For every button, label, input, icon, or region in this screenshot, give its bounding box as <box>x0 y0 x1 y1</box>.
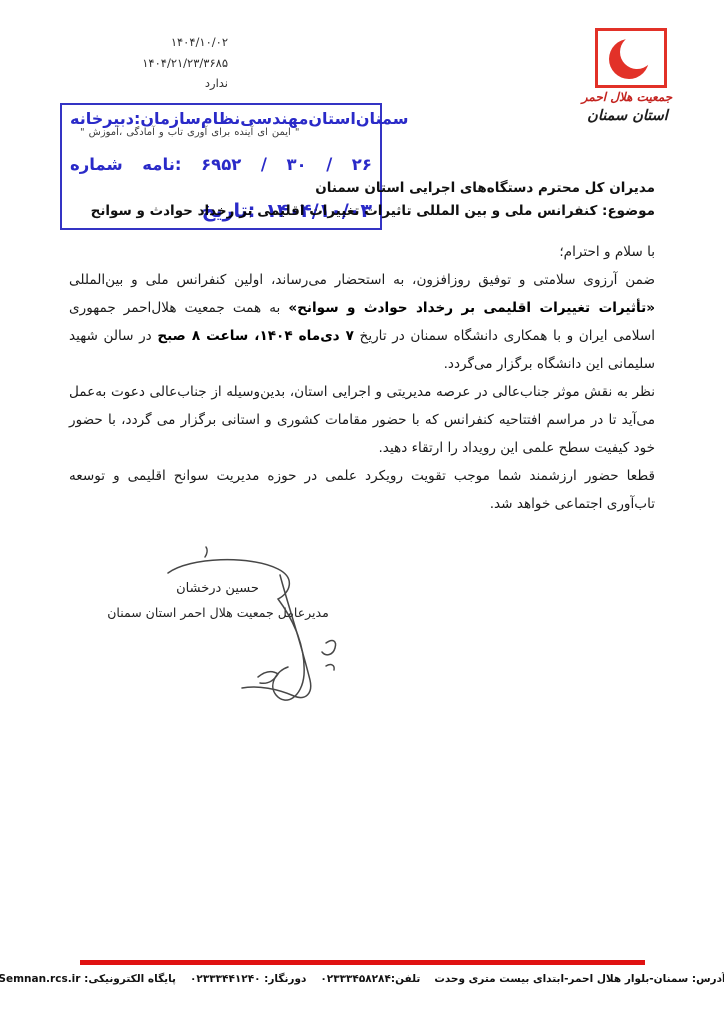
body-paragraph-1: ضمن آرزوی سلامتی و توفیق روزافزون، به اس… <box>69 266 655 378</box>
logo-org-name: جمعیت هلال احمر <box>572 90 682 104</box>
conference-title-bold: «تأثیرات تغییرات اقلیمی بر رخداد حوادث و… <box>288 300 655 316</box>
conference-datetime-bold: ۷ دی‌ماه ۱۴۰۴، ساعت ۸ صبح <box>157 328 354 344</box>
signatory-name: حسین درخشان <box>100 581 335 596</box>
stamp-letter-number-line: شمارهنامه:۶۹۵۲/۳۰/۲۶ <box>70 155 372 174</box>
body-paragraph-3: قطعا حضور ارزشمند شما موجب تقویت رویکرد … <box>69 462 655 518</box>
reference-block: ۱۴۰۴/۱۰/۰۲ ۱۴۰۴/۲۱/۲۳/۳۶۸۵ ندارد <box>60 32 228 94</box>
letter-page: ۱۴۰۴/۱۰/۰۲ ۱۴۰۴/۲۱/۲۳/۳۶۸۵ ندارد جمعیت ه… <box>0 0 724 1024</box>
letter-number: ۱۴۰۴/۲۱/۲۳/۳۶۸۵ <box>60 53 228 74</box>
letter-body: با سلام و احترام؛ ضمن آرزوی سلامتی و توف… <box>69 238 655 518</box>
footer-address: آدرس: سمنان-بلوار هلال احمر-ابتدای بیست … <box>434 973 724 985</box>
footer-red-rule <box>80 960 645 965</box>
footer-website: پایگاه الکترونیکی: Semnan.rcs.ir <box>0 973 176 985</box>
footer-contact-line: آدرس: سمنان-بلوار هلال احمر-ابتدای بیست … <box>20 973 704 985</box>
footer-fax: دورنگار: ۰۲۳۳۳۴۴۱۲۴۰ <box>190 973 306 985</box>
red-crescent-logo <box>595 28 667 88</box>
salutation-line: با سلام و احترام؛ <box>69 238 655 266</box>
body-paragraph-2: نظر به نقش موثر جناب‌عالی در عرصه مدیریت… <box>69 378 655 462</box>
crescent-icon <box>598 31 664 85</box>
stamp-date-line: تاریخ:۱۴۰۴/۱۰/۰۳ <box>70 200 372 222</box>
secretariat-stamp: دبیرخانه:سازماننظاممهندسیاستانسمنان شمار… <box>60 103 382 230</box>
handwritten-signature <box>130 535 400 720</box>
logo-province-name: استان سمنان <box>580 108 675 124</box>
attachment-value: ندارد <box>60 73 228 94</box>
footer-phone: تلفن:۰۲۳۳۳۴۵۸۲۸۴ <box>320 973 420 985</box>
letter-date: ۱۴۰۴/۱۰/۰۲ <box>60 32 228 53</box>
signatory-title: مدیرعامل جمعیت هلال احمر استان سمنان <box>88 605 348 620</box>
stamp-secretariat-line: دبیرخانه:سازماننظاممهندسیاستانسمنان <box>70 109 372 128</box>
